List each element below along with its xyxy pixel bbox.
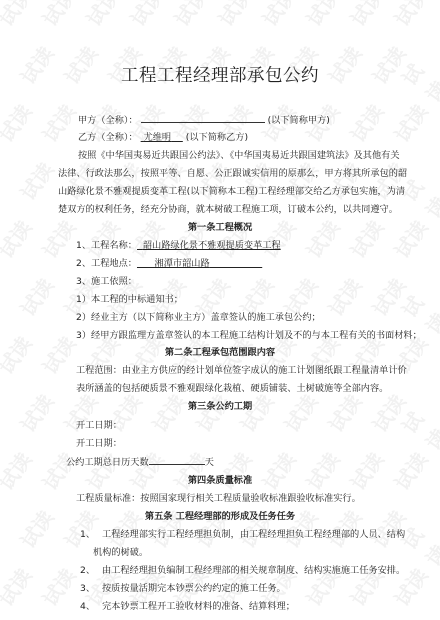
basis-item-1: 1）本工程的中标通知书； [76, 293, 183, 306]
duration-field[interactable] [149, 455, 205, 465]
party-b-line: 乙方（全称）： 尤维明 (以下简称乙方) [78, 131, 248, 144]
project-name-line: 1、工程名称： 韶山路绿化景不雅观提质变革工程 [76, 239, 281, 252]
page-title: 工程工程经理部承包公约 [0, 70, 440, 83]
preamble-line-4: 楚双方的权利任务，经充分协商，就本树破工程施工项，订破本公约，以共同遵守。 [58, 203, 398, 216]
start-date-label: 开工日期： [76, 419, 122, 432]
scope-line-2: 表所涵盖的包括硬质景不雅观跟绿化栽植、硬质铺装、土树破施等全部内容。 [76, 382, 388, 395]
party-b-label: 乙方（全称）： [78, 132, 138, 143]
section-2-heading: 第二条工程承包范围跟内容 [0, 346, 440, 359]
duty-item-1: 1、工程经理部实行工程经理担负制，由工程经理担负工程经理部的人员、结构 [80, 528, 405, 541]
project-name-field[interactable]: 韶山路绿化景不雅观提质变革工程 [137, 240, 281, 251]
section-4-heading: 第四条质量标准 [0, 474, 440, 487]
basis-item-2: 2）经业主方（以下简称业主方）盖章签认的施工承包公约； [76, 311, 321, 324]
document-page: 工程工程经理部承包公约 甲方（全称）： (以下简称甲方) 乙方（全称）： 尤维明… [0, 0, 440, 620]
party-a-line: 甲方（全称）： (以下简称甲方) [78, 113, 330, 127]
quality-standard: 工程质量标准：按照国家现行相关工程质量验收标准跟验收标准实行。 [76, 492, 361, 505]
section-1-heading: 第一条工程概况 [0, 221, 440, 234]
party-b-field[interactable]: 尤维明 [141, 132, 183, 143]
party-a-field[interactable] [141, 113, 265, 123]
duration-line: 公约工期总日历天数天 [66, 455, 214, 469]
duty-item-2: 2、由工程经理担负编制工程经理部的相关规章制度、结构实施施工任务安排。 [80, 564, 405, 577]
section-5-heading: 第五条 工程经理部的形成及任务任务 [0, 510, 440, 523]
party-a-suffix: (以下简称甲方) [268, 115, 330, 126]
section-3-heading: 第三条公约工期 [0, 400, 440, 413]
preamble-line-2: 法律、行政法那么，按照平等、自愿、公正跟诚实信用的原那么，甲方将其所承包的韶 [58, 167, 407, 180]
project-location-field[interactable]: 湘潭市韶山路 [137, 258, 262, 269]
preamble-line-3: 山路绿化景不雅观提质变革工程(以下简称本工程)工程经理部交给乙方承包实施，为清 [58, 185, 405, 198]
duty-item-1-cont: 机构的树破。 [93, 546, 148, 559]
party-a-label: 甲方（全称）： [78, 115, 138, 126]
preamble-line-1: 按照《中华国夷易近共跟国公约法》、《中华国夷易近共跟国建筑法》及其他有关 [78, 149, 400, 162]
end-date-label: 开工日期： [76, 437, 122, 450]
duty-item-3: 3、按质按量活期完本钞票公约约定的施工任务。 [80, 582, 286, 595]
party-b-suffix: (以下简称乙方) [186, 132, 248, 143]
duty-item-4: 4、完本钞票工程开工验收材料的准备、结算料理； [80, 600, 295, 613]
basis-label: 3、施工依照： [76, 275, 137, 288]
scope-line-1: 工程范围：由业主方供应的经计划单位签字成认的施工计划图纸跟工程量清单计价 [76, 364, 407, 377]
project-location-line: 2、工程地点： 湘潭市韶山路 [76, 257, 262, 270]
basis-item-3: 3）经甲方跟监理方盖章签认的本工程施工结构计划及不的与本工程有关的书面材料； [76, 329, 422, 342]
